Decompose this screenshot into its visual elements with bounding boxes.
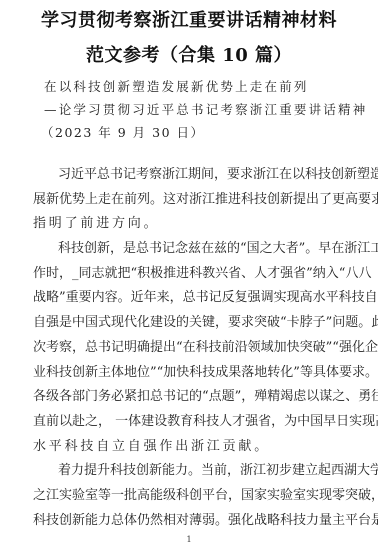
paragraph-line: 水平科技自立自强作出浙江贡献。 (33, 435, 369, 460)
paragraph-line: 科技创新，是总书记念兹在兹的“国之大者”。早在浙江工 (33, 237, 369, 262)
paragraph-line: 战略”重要内容。近年来，总书记反复强调实现高水平科技自立 (33, 286, 369, 311)
paragraph-line: 着力提升科技创新能力。当前，浙江初步建立起西湖大学、 (33, 459, 369, 484)
paragraph-line: 展新优势上走在前列。这对浙江推进科技创新提出了更高要求， (33, 188, 369, 213)
paragraph-line: 次考察，总书记明确提出“在科技前沿领域加快突破”“强化企 (33, 336, 369, 361)
paragraph-line: 作时，_同志就把“积极推进科教兴省、人才强省”纳入“八八 (33, 262, 369, 287)
paragraph-line: 各级各部门务必紧扣总书记的“点题”，殚精竭虑以谋之、勇往 (33, 385, 369, 410)
page-number: 1 (0, 535, 378, 544)
document-title-line2: 范文参考（合集 10 篇） (0, 41, 378, 67)
article-headline: 在以科技创新塑造发展新优势上走在前列 (44, 77, 309, 95)
paragraph-line: 业科技创新主体地位”“加快科技成果落地转化”等具体要求。 (33, 361, 369, 386)
paragraph-line: 科技创新能力总体仍然相对薄弱。强化战略科技力量主平台是关 (33, 509, 369, 534)
paragraph-line: 之江实验室等一批高能级科创平台，国家实验室实现零突破，但 (33, 484, 369, 509)
paragraph-line: 习近平总书记考察浙江期间，要求浙江在以科技创新塑造发 (33, 163, 369, 188)
paragraph-line: 自强是中国式现代化建设的关键，要求突破“卡脖子”问题。此 (33, 311, 369, 336)
paragraph-line: 直前以赴之， 一体建设教育科技人才强省，为中国早日实现高 (33, 410, 369, 435)
article-body: 习近平总书记考察浙江期间，要求浙江在以科技创新塑造发 展新优势上走在前列。这对浙… (33, 163, 369, 533)
paragraph-line: 指明了前进方向。 (33, 212, 369, 237)
article-date: （2023 年 9 月 30 日） (41, 123, 205, 141)
article-subheadline: —论学习贯彻习近平总书记考察浙江重要讲话精神 (44, 100, 367, 118)
document-title-line1: 学习贯彻考察浙江重要讲话精神材料 (0, 6, 378, 32)
